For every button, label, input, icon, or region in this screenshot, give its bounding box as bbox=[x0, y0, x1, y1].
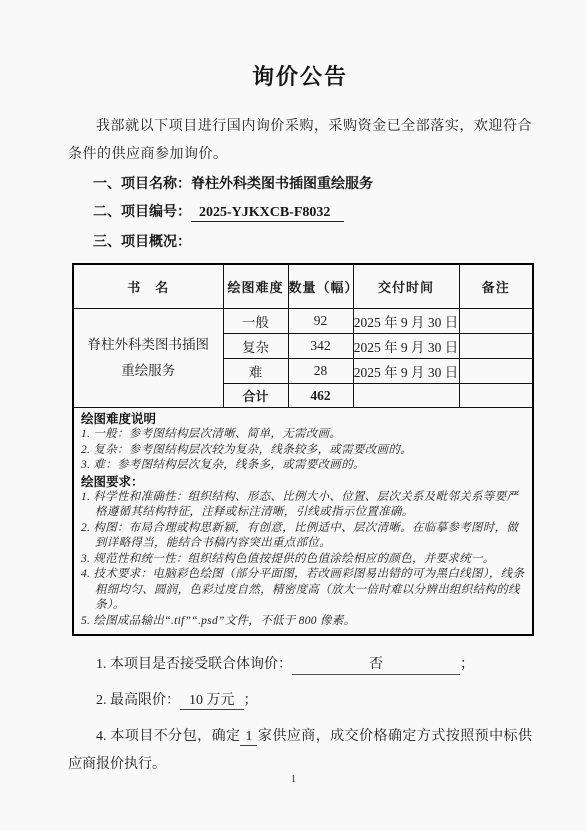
total-label-cell: 合计 bbox=[223, 384, 288, 408]
total-remark-cell bbox=[459, 384, 533, 408]
requirement-note-item: 5. 绘图成品输出“.tif”“.psd”文件，不低于 800 像素。 bbox=[81, 614, 525, 630]
difficulty-note-item: 2. 复杂：参考图结构层次较为复杂，线条较多，或需要改画的。 bbox=[81, 443, 525, 459]
col-header-remark: 备注 bbox=[459, 264, 533, 309]
delivery-cell: 2025 年 9 月 30 日 bbox=[353, 309, 459, 334]
total-delivery-cell bbox=[353, 384, 459, 408]
book-name-cell: 脊柱外科类图书插图重绘服务 bbox=[73, 309, 223, 408]
remark-cell bbox=[459, 359, 533, 384]
col-header-book-name: 书 名 bbox=[73, 264, 223, 309]
page-number: 1 bbox=[0, 773, 587, 785]
supplier-count-line: 4. 本项目不分包，确定1家供应商，成交价格确定方式按照预中标供应商报价执行。 bbox=[68, 723, 532, 779]
requirement-note-item: 3. 规范性和统一性：组织结构色值按提供的色值涂绘相应的颜色，并要求统一。 bbox=[81, 552, 525, 568]
page-title: 询价公告 bbox=[68, 0, 532, 92]
project-number-line: 二、项目编号：2025-YJKXCB-F8032 bbox=[93, 197, 532, 227]
col-header-quantity: 数量（幅） bbox=[288, 264, 353, 309]
supplier-count-text-a: 4. 本项目不分包，确定 bbox=[96, 729, 240, 744]
difficulty-cell: 复杂 bbox=[223, 334, 288, 359]
requirement-note-item: 1. 科学性和准确性：组织结构、形态、比例大小、位置、层次关系及毗邻关系等要严格… bbox=[81, 490, 525, 521]
max-price-label: 2. 最高限价： bbox=[96, 693, 180, 708]
difficulty-note-item: 3. 难：参考图结构层次复杂，线条多，或需要改画的。 bbox=[81, 458, 525, 474]
table-row: 脊柱外科类图书插图重绘服务 一般 92 2025 年 9 月 30 日 bbox=[73, 309, 533, 334]
project-name-line: 一、项目名称：脊柱外科类图书插图重绘服务 bbox=[93, 169, 532, 197]
quantity-cell: 28 bbox=[288, 359, 353, 384]
notes-cell: 绘图难度说明 1. 一般：参考图结构层次清晰、简单，无需改画。 2. 复杂：参考… bbox=[73, 408, 533, 636]
difficulty-cell: 一般 bbox=[223, 309, 288, 334]
col-header-difficulty: 绘图难度 bbox=[223, 264, 288, 309]
delivery-cell: 2025 年 9 月 30 日 bbox=[353, 334, 459, 359]
remark-cell bbox=[459, 309, 533, 334]
max-price-line: 2. 最高限价：10 万元； bbox=[68, 687, 532, 715]
consortium-inquiry-value: 否 bbox=[292, 655, 460, 675]
delivery-cell: 2025 年 9 月 30 日 bbox=[353, 359, 459, 384]
remark-cell bbox=[459, 334, 533, 359]
consortium-inquiry-suffix: ； bbox=[460, 657, 474, 672]
project-number-value: 2025-YJKXCB-F8032 bbox=[191, 205, 344, 222]
project-number-label: 二、项目编号： bbox=[93, 203, 191, 219]
requirement-note-item: 2. 构图：布局合理或构思新颖，有创意，比例适中、层次清晰。在临摹参考图时，做到… bbox=[81, 521, 525, 552]
total-value-cell: 462 bbox=[288, 384, 353, 408]
intro-paragraph: 我部就以下项目进行国内询价采购，采购资金已全部落实，欢迎符合条件的供应商参加询价… bbox=[68, 113, 532, 169]
project-name-label: 一、项目名称： bbox=[93, 175, 191, 191]
consortium-inquiry-line: 1. 本项目是否接受联合体询价：否； bbox=[68, 651, 532, 679]
supplier-count-value: 1 bbox=[240, 729, 257, 746]
table-notes-row: 绘图难度说明 1. 一般：参考图结构层次清晰、简单，无需改画。 2. 复杂：参考… bbox=[73, 408, 533, 636]
difficulty-notes-title: 绘图难度说明 bbox=[81, 411, 525, 427]
project-overview-table: 书 名 绘图难度 数量（幅） 交付时间 备注 脊柱外科类图书插图重绘服务 一般 … bbox=[72, 263, 534, 636]
max-price-value: 10 万元 bbox=[180, 693, 244, 710]
difficulty-cell: 难 bbox=[223, 359, 288, 384]
project-name-value: 脊柱外科类图书插图重绘服务 bbox=[191, 175, 373, 191]
quantity-cell: 92 bbox=[288, 309, 353, 334]
table-header-row: 书 名 绘图难度 数量（幅） 交付时间 备注 bbox=[73, 264, 533, 309]
project-overview-label: 三、项目概况： bbox=[93, 227, 532, 255]
document-content: 询价公告 我部就以下项目进行国内询价采购，采购资金已全部落实，欢迎符合条件的供应… bbox=[0, 0, 587, 779]
quantity-cell: 342 bbox=[288, 334, 353, 359]
consortium-inquiry-label: 1. 本项目是否接受联合体询价： bbox=[96, 657, 292, 672]
requirement-note-item: 4. 技术要求：电脑彩色绘图（部分平面图，若改画彩图易出错的可为黑白线图），线条… bbox=[81, 567, 525, 614]
max-price-suffix: ； bbox=[244, 693, 258, 708]
col-header-delivery: 交付时间 bbox=[353, 264, 459, 309]
document-page: 询价公告 我部就以下项目进行国内询价采购，采购资金已全部落实，欢迎符合条件的供应… bbox=[0, 0, 587, 831]
difficulty-note-item: 1. 一般：参考图结构层次清晰、简单，无需改画。 bbox=[81, 427, 525, 443]
requirement-notes-title: 绘图要求： bbox=[81, 474, 525, 490]
